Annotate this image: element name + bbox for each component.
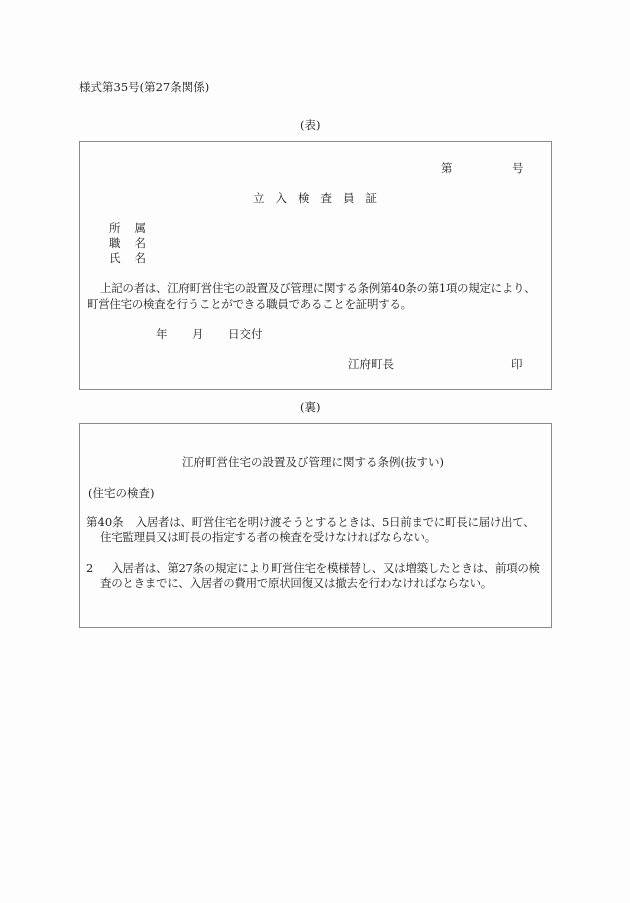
field-label-a: 所 — [109, 221, 121, 235]
issue-date-year: 年 — [156, 329, 168, 341]
field-label-b: 名 — [135, 236, 147, 250]
article-number: 第40条 — [86, 515, 124, 529]
field-label-a: 職 — [109, 236, 121, 250]
number-suffix: 号 — [512, 163, 524, 175]
certification-text-line1: 上記の者は、江府町営住宅の設置及び管理に関する条例第40条の第1項の規定により、 — [100, 283, 535, 295]
ordinance-title: 江府町営住宅の設置及び管理に関する条例(抜すい) — [182, 457, 444, 469]
back-certificate-box: 江府町営住宅の設置及び管理に関する条例(抜すい) (住宅の検査) 第40条入居者… — [79, 423, 552, 628]
field-label-b: 属 — [135, 221, 147, 235]
field-name: 氏名 — [109, 253, 146, 265]
field-label-b: 名 — [135, 251, 147, 265]
article-text-line1: 入居者は、町営住宅を明け渡そうとするときは、5日前までに町長に届け出て、 — [136, 515, 535, 529]
certificate-title: 立入検査員証 — [253, 193, 388, 205]
article-40: 第40条入居者は、町営住宅を明け渡そうとするときは、5日前までに町長に届け出て、 — [86, 517, 534, 529]
front-certificate-box: 第 号 立入検査員証 所属 職名 氏名 上記の者は、江府町営住宅の設置及び管理に… — [79, 141, 552, 390]
issue-date-month: 月 — [192, 329, 204, 341]
certification-text-line2: 町営住宅の検査を行うことができる職員であることを証明する。 — [87, 299, 412, 311]
article-text-line2: 住宅監理員又は町長の指定する者の検査を受けなければならない。 — [100, 532, 436, 544]
issue-date-day: 日交付 — [228, 329, 263, 341]
field-position: 職名 — [109, 238, 146, 250]
field-affiliation: 所属 — [109, 223, 146, 235]
back-side-label: (裏) — [300, 402, 320, 414]
form-label: 様式第35号(第27条関係) — [79, 82, 209, 94]
paragraph-number: 2 — [86, 561, 93, 575]
number-prefix: 第 — [441, 163, 453, 175]
paragraph-2: 2入居者は、第27条の規定により町営住宅を模様替し、又は増築したときは、前項の検 — [86, 563, 540, 575]
field-label-a: 氏 — [109, 251, 121, 265]
paragraph-text-line1: 入居者は、第27条の規定により町営住宅を模様替し、又は増築したときは、前項の検 — [111, 561, 539, 575]
issuer-name: 江府町長 — [348, 359, 394, 371]
seal-mark: 印 — [511, 359, 523, 371]
paragraph-text-line2: 査のときまでに、入居者の費用で原状回復又は撤去を行わなければならない。 — [100, 578, 492, 590]
section-heading: (住宅の検査) — [88, 488, 154, 500]
front-side-label: (表) — [300, 120, 320, 132]
